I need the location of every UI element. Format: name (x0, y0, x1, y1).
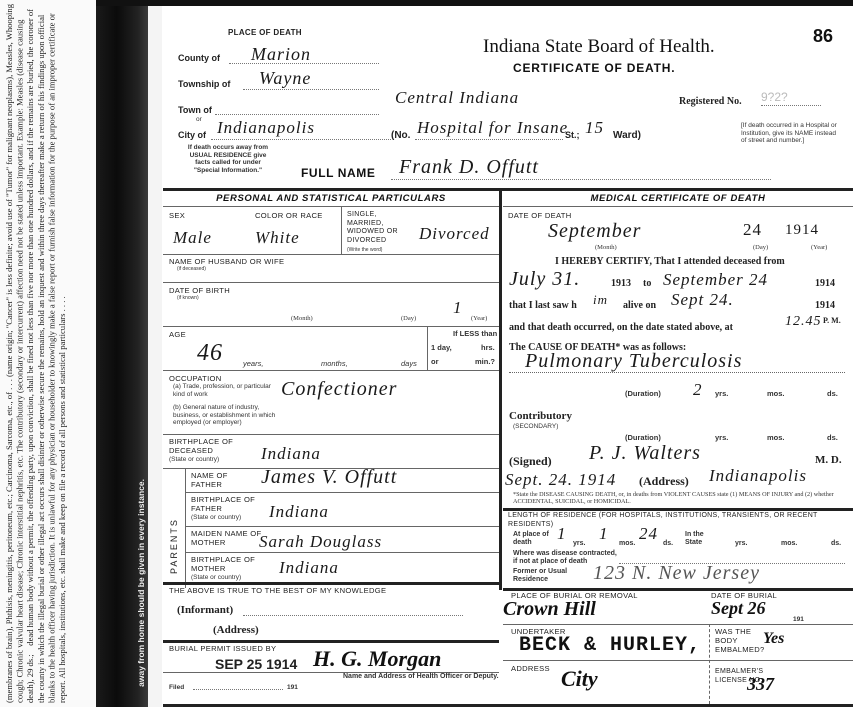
registered-no-value: 9?2? (761, 90, 788, 104)
occupation-a-label: (a) Trade, profession, or particular kin… (173, 383, 278, 398)
physician-address-label: (Address) (639, 474, 689, 489)
divider (163, 370, 499, 371)
divider (163, 326, 499, 327)
last-saw-label: that I last saw h (509, 300, 577, 311)
spouse-label: NAME OF HUSBAND OR WIFE (169, 257, 284, 266)
county-label: County of (178, 53, 220, 63)
physician-signature: P. J. Walters (589, 442, 701, 465)
parents-label: PARENTS (169, 484, 179, 574)
marital-label: SINGLE, MARRIED, WIDOWED OR DIVORCED (347, 211, 409, 245)
cause-of-death-value[interactable]: Pulmonary Tuberculosis (525, 350, 742, 373)
father-birthplace-sub: (State or country) (191, 514, 241, 522)
last-saw-year: 1914 (815, 300, 835, 311)
father-name-value[interactable]: James V. Offutt (261, 466, 397, 489)
full-name-field[interactable]: Frank D. Offutt (391, 156, 771, 180)
hospital-note: [If death occurred in a Hospital or Inst… (741, 122, 841, 145)
informant-address-label: (Address) (213, 624, 259, 636)
duration-label-2: (Duration) (625, 434, 661, 442)
physician-address-value[interactable]: Indianapolis (709, 466, 807, 486)
county-value: Marion (251, 44, 311, 64)
health-officer-caption: Name and Address of Health Officer or De… (343, 673, 499, 681)
divider (185, 552, 499, 553)
divider (509, 372, 845, 373)
township-field[interactable]: Wayne (243, 68, 379, 90)
ward-value: 15 (585, 118, 604, 138)
instructions-strip: (membranes of brain), Phthisis, meningit… (0, 0, 96, 707)
cause-footnote: *State the DISEASE CAUSING DEATH, or, in… (513, 491, 848, 505)
father-birthplace-value[interactable]: Indiana (269, 502, 329, 522)
or-label: or (196, 116, 202, 124)
to-year: 1914 (815, 278, 835, 289)
spouse-sub: (if deceased) (177, 266, 206, 274)
days-label: days (401, 360, 417, 368)
one-day-label: 1 day, (431, 344, 452, 352)
attended-to-value[interactable]: September 24 (663, 270, 768, 290)
town-label: Town of (178, 105, 212, 115)
page-number: 86 (813, 26, 833, 47)
occupation-label: OCCUPATION (169, 374, 222, 383)
dob-month-label: (Month) (291, 315, 313, 323)
to-label: to (643, 278, 651, 289)
binding-spine: away from home should be given in every … (96, 0, 148, 707)
divider (163, 640, 499, 643)
last-saw-date-value[interactable]: Sept 24. (671, 290, 734, 310)
at-place-label: At place of death (513, 531, 553, 546)
county-field[interactable]: Marion (229, 44, 379, 64)
undertaker-address-label: ADDRESS (511, 664, 550, 673)
township-label: Township of (178, 79, 230, 89)
ds-label-2: ds. (827, 434, 838, 442)
day-label: (Day) (753, 244, 768, 252)
from-year: 1913 (611, 278, 631, 289)
time-of-death-value[interactable]: 12.45 (785, 314, 822, 330)
dob-value[interactable]: 1 (453, 298, 463, 318)
instructions-text: (membranes of brain), Phthisis, meningit… (4, 0, 94, 707)
yrs-label: yrs. (715, 390, 728, 398)
divider (709, 624, 710, 704)
ward-label: Ward) (613, 130, 641, 141)
month-label: (Month) (595, 244, 617, 252)
board-title: Indiana State Board of Health. (483, 36, 715, 58)
divider (503, 624, 853, 625)
informant-label: (Informant) (177, 604, 233, 616)
institution-name-value: Central Indiana (395, 88, 519, 108)
divider (503, 206, 853, 207)
less-than-label: If LESS than (453, 330, 497, 338)
filed-year: 191 (287, 684, 298, 692)
hrs-label: hrs. (481, 344, 495, 352)
alive-on-label: alive on (623, 300, 656, 311)
at-place-yrs-value[interactable]: 1 (557, 524, 567, 544)
in-state-mos-label: mos. (781, 540, 797, 548)
mother-name-value[interactable]: Sarah Douglass (259, 532, 382, 552)
occurred-text: and that death occurred, on the date sta… (509, 322, 733, 333)
ds-label: ds. (827, 390, 838, 398)
undertaker-address-value[interactable]: City (561, 666, 598, 692)
burial-date-value[interactable]: Sept 26 (711, 598, 766, 619)
birthplace-label: BIRTHPLACE OF DECEASED (169, 437, 239, 455)
sex-label: SEX (169, 211, 185, 220)
divider (163, 282, 499, 283)
at-place-ds-value[interactable]: 24 (639, 524, 658, 544)
knowledge-statement: THE ABOVE IS TRUE TO THE BEST OF MY KNOW… (169, 586, 386, 595)
former-residence-value[interactable]: 123 N. New Jersey (593, 562, 760, 585)
burial-permit-label: BURIAL PERMIT ISSUED BY (169, 644, 276, 653)
township-value: Wayne (259, 68, 311, 88)
divider (341, 206, 342, 254)
death-year-value[interactable]: 1914 (785, 222, 819, 239)
street-value: Hospital for Insane (417, 118, 568, 137)
permit-date-stamp: SEP 25 1914 (215, 656, 297, 672)
burial-year: 191 (793, 616, 804, 624)
page-margin (148, 0, 162, 707)
signed-label: (Signed) (509, 454, 552, 469)
divider (163, 434, 499, 435)
city-field[interactable]: Indianapolis (211, 118, 391, 140)
divider (503, 660, 853, 661)
mos-label: mos. (767, 390, 785, 398)
in-state-ds-label: ds. (831, 540, 841, 548)
contributory-label: Contributory (509, 410, 572, 422)
registered-no-label: Registered No. (679, 96, 742, 107)
am-pm: P. M. (823, 316, 841, 325)
residence-note: If death occurs away from USUAL RESIDENC… (183, 144, 273, 174)
mother-birthplace-label: BIRTHPLACE OF MOTHER (191, 555, 261, 573)
last-saw-pronoun[interactable]: im (593, 292, 608, 308)
birthplace-sub: (State or country) (169, 456, 219, 464)
at-place-mos-value[interactable]: 1 (599, 524, 609, 544)
divider (163, 582, 499, 585)
mother-birthplace-sub: (State or country) (191, 574, 241, 582)
informant-field[interactable] (243, 602, 463, 616)
embalmed-value[interactable]: Yes (763, 630, 784, 648)
sex-value[interactable]: Male (173, 228, 212, 248)
dob-sub: (if known) (177, 295, 199, 303)
city-label: City of (178, 130, 206, 140)
divider (427, 326, 428, 370)
father-birthplace-label: BIRTHPLACE OF FATHER (191, 495, 261, 513)
marital-value[interactable]: Divorced (419, 224, 490, 244)
divider (163, 206, 499, 207)
personal-section-title: PERSONAL AND STATISTICAL PARTICULARS (163, 193, 499, 204)
divider (185, 492, 499, 493)
at-place-ds-label: ds. (663, 540, 673, 548)
undertaker-value[interactable]: BECK & HURLEY, (519, 634, 701, 657)
divider (163, 254, 499, 255)
spouse-field[interactable] (303, 262, 493, 278)
age-years-value[interactable]: 46 (197, 340, 223, 367)
mos-label-2: mos. (767, 434, 785, 442)
at-place-yrs-label: yrs. (573, 540, 585, 548)
date-of-death-label: DATE OF DEATH (508, 211, 572, 220)
dob-year-label: (Year) (471, 315, 487, 323)
certificate-title: CERTIFICATE OF DEATH. (513, 61, 675, 75)
year-label: (Year) (811, 244, 827, 252)
age-label: AGE (169, 330, 186, 339)
at-place-mos-label: mos. (619, 540, 635, 548)
full-name-value: Frank D. Offutt (399, 156, 539, 178)
divider (185, 526, 499, 527)
license-value[interactable]: 337 (747, 674, 774, 695)
death-month-value[interactable]: September (548, 220, 641, 243)
occupation-value[interactable]: Confectioner (281, 378, 397, 401)
burial-place-value[interactable]: Crown Hill (503, 598, 596, 621)
full-name-label: FULL NAME (301, 166, 376, 180)
md-label: M. D. (815, 454, 842, 466)
occupation-b-label: (b) General nature of industry, business… (173, 404, 283, 427)
registered-no-field[interactable]: 9?2? (761, 90, 821, 106)
spine-text: away from home should be given in every … (136, 479, 146, 687)
former-residence-label: Former or Usual Residence (513, 568, 583, 583)
medical-section-title: MEDICAL CERTIFICATE OF DEATH (503, 193, 853, 204)
years-label: years, (243, 360, 263, 368)
dob-label: DATE OF BIRTH (169, 286, 230, 295)
place-of-death-label: PLACE OF DEATH (228, 28, 302, 37)
months-label: months, (321, 360, 348, 368)
filed-field[interactable] (193, 682, 283, 690)
dob-day-label: (Day) (401, 315, 416, 323)
filed-label: Filed (169, 684, 184, 692)
min-label: min.? (475, 358, 495, 366)
race-value[interactable]: White (255, 228, 300, 248)
yrs-label-2: yrs. (715, 434, 728, 442)
section-divider (163, 188, 853, 191)
or-label: or (431, 358, 439, 366)
health-officer-signature: H. G. Morgan (313, 646, 441, 672)
city-value: Indianapolis (217, 118, 315, 137)
st-label: St.; (565, 130, 580, 140)
instructions-top: dead human body without a permit, the of… (25, 9, 67, 703)
mother-birthplace-value[interactable]: Indiana (279, 558, 339, 578)
race-label: COLOR OR RACE (255, 211, 323, 220)
mother-name-label: MAIDEN NAME OF MOTHER (191, 529, 266, 547)
in-state-label: In the State (685, 531, 715, 546)
duration-label: (Duration) (625, 390, 661, 398)
duration-years-value[interactable]: 2 (693, 380, 703, 400)
contributory-sub: (SECONDARY) (513, 423, 558, 431)
divider (185, 468, 186, 588)
in-state-yrs-label: yrs. (735, 540, 747, 548)
death-day-value[interactable]: 24 (743, 220, 762, 240)
death-certificate: PLACE OF DEATH Indiana State Board of He… (163, 6, 853, 707)
street-no-label: (No. (391, 130, 410, 141)
birthplace-value[interactable]: Indiana (261, 444, 321, 464)
town-field[interactable] (215, 114, 379, 115)
column-divider (499, 188, 502, 590)
father-name-label: NAME OF FATHER (191, 471, 251, 489)
certify-text: I HEREBY CERTIFY, That I attended deceas… (555, 256, 785, 267)
signed-date[interactable]: Sept. 24. 1914 (505, 470, 616, 490)
attended-from-value[interactable]: July 31. (509, 268, 580, 291)
street-field[interactable]: Hospital for Insane (415, 118, 563, 140)
